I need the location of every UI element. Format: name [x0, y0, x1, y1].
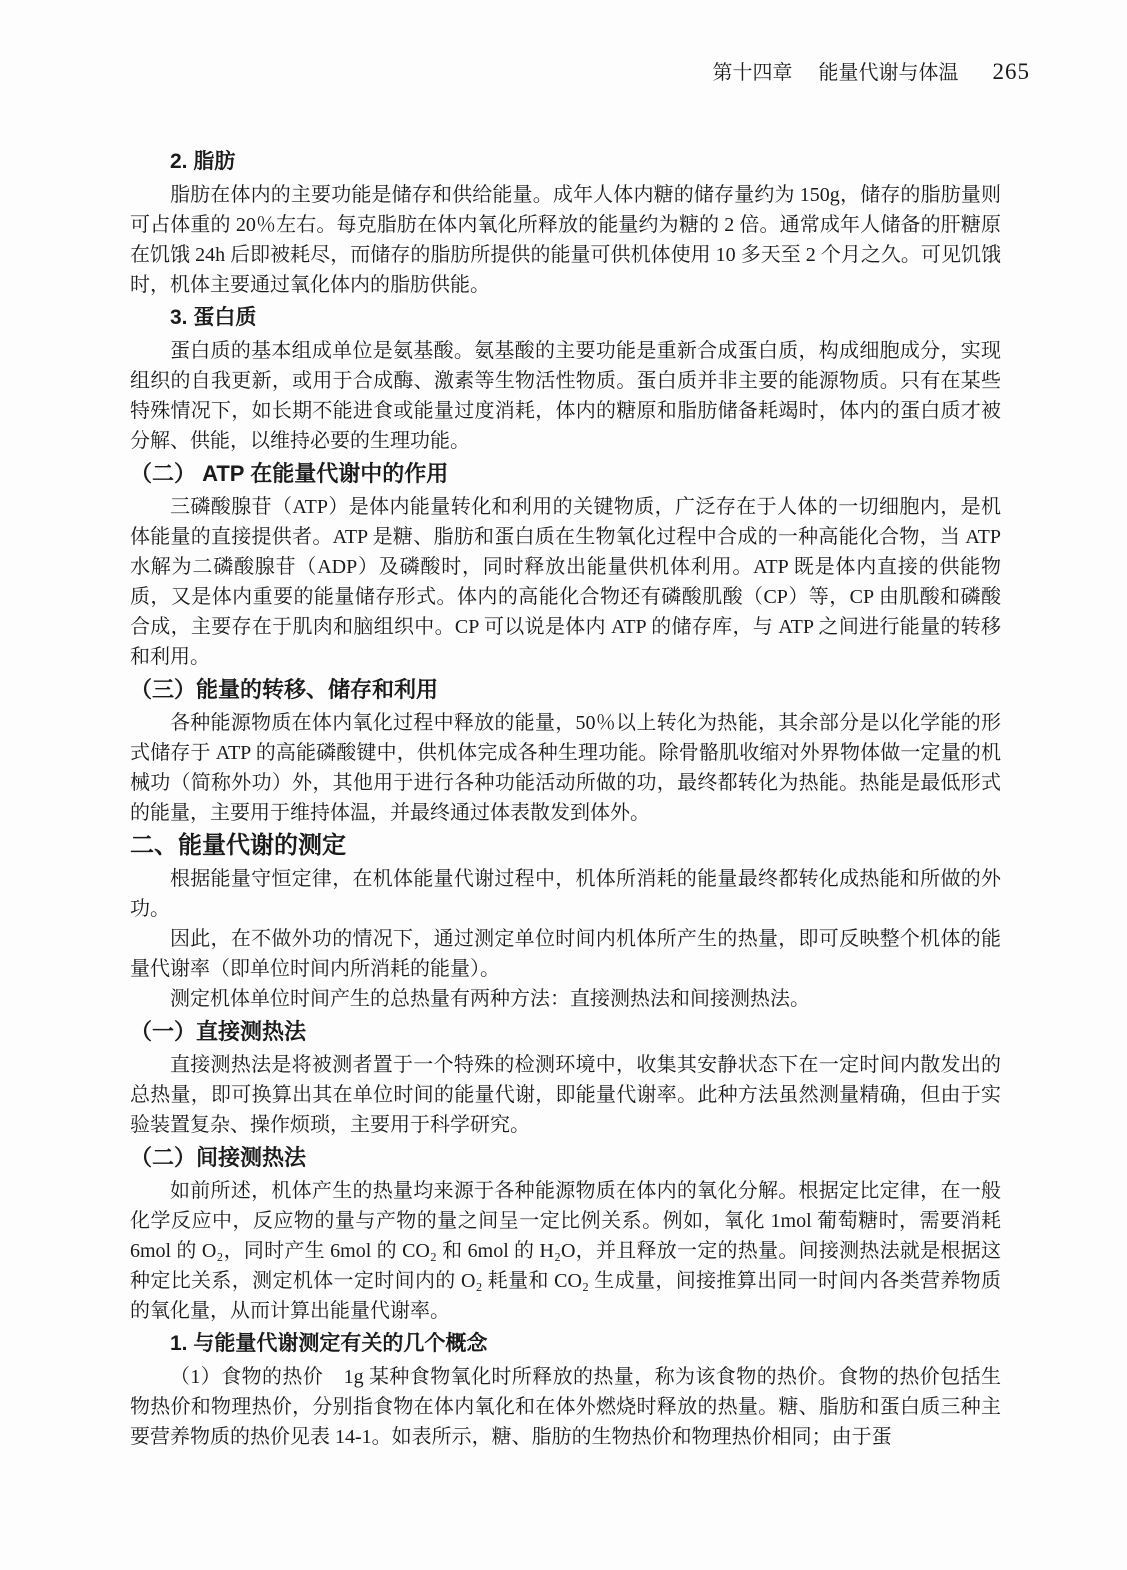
paragraph: 根据能量守恒定律，在机体能量代谢过程中，机体所消耗的能量最终都转化成热能和所做的… [130, 864, 1001, 924]
page-number: 265 [993, 59, 1031, 85]
page-header: 第十四章 能量代谢与体温 265 [713, 56, 1031, 85]
paragraph: （1）食物的热价 1g 某种食物氧化时所释放的热量，称为该食物的热价。食物的热价… [130, 1362, 1001, 1452]
paragraph: 直接测热法是将被测者置于一个特殊的检测环境中，收集其安静状态下在一定时间内散发出… [130, 1050, 1001, 1140]
paragraph: 各种能源物质在体内氧化过程中释放的能量，50％以上转化为热能，其余部分是以化学能… [130, 708, 1001, 828]
paragraph: 测定机体单位时间产生的总热量有两种方法：直接测热法和间接测热法。 [130, 984, 1001, 1014]
content-area: 2. 脂肪脂肪在体内的主要功能是储存和供给能量。成年人体内糖的储存量约为 150… [130, 144, 1001, 1452]
paragraph: 脂肪在体内的主要功能是储存和供给能量。成年人体内糖的储存量约为 150g，储存的… [130, 180, 1001, 300]
sub-section-heading: （二）间接测热法 [130, 1141, 1001, 1175]
sub-section-heading: （三）能量的转移、储存和利用 [130, 673, 1001, 707]
paragraph: 因此，在不做外功的情况下，通过测定单位时间内机体所产生的热量，即可反映整个机体的… [130, 924, 1001, 984]
major-section-heading: 二、能量代谢的测定 [130, 829, 1001, 863]
numbered-heading: 1. 与能量代谢测定有关的几个概念 [130, 1327, 1001, 1361]
paragraph: 蛋白质的基本组成单位是氨基酸。氨基酸的主要功能是重新合成蛋白质，构成细胞成分，实… [130, 336, 1001, 456]
textbook-page: 第十四章 能量代谢与体温 265 2. 脂肪脂肪在体内的主要功能是储存和供给能量… [0, 0, 1127, 1570]
paragraph: 如前所述，机体产生的热量均来源于各种能源物质在体内的氧化分解。根据定比定律，在一… [130, 1176, 1001, 1326]
sub-section-heading: （二） ATP 在能量代谢中的作用 [130, 457, 1001, 491]
chapter-title: 能量代谢与体温 [819, 56, 959, 85]
paragraph: 三磷酸腺苷（ATP）是体内能量转化和利用的关键物质，广泛存在于人体的一切细胞内，… [130, 492, 1001, 672]
numbered-heading: 3. 蛋白质 [130, 301, 1001, 335]
chapter-label: 第十四章 [713, 56, 793, 85]
sub-section-heading: （一）直接测热法 [130, 1015, 1001, 1049]
numbered-heading: 2. 脂肪 [130, 145, 1001, 179]
